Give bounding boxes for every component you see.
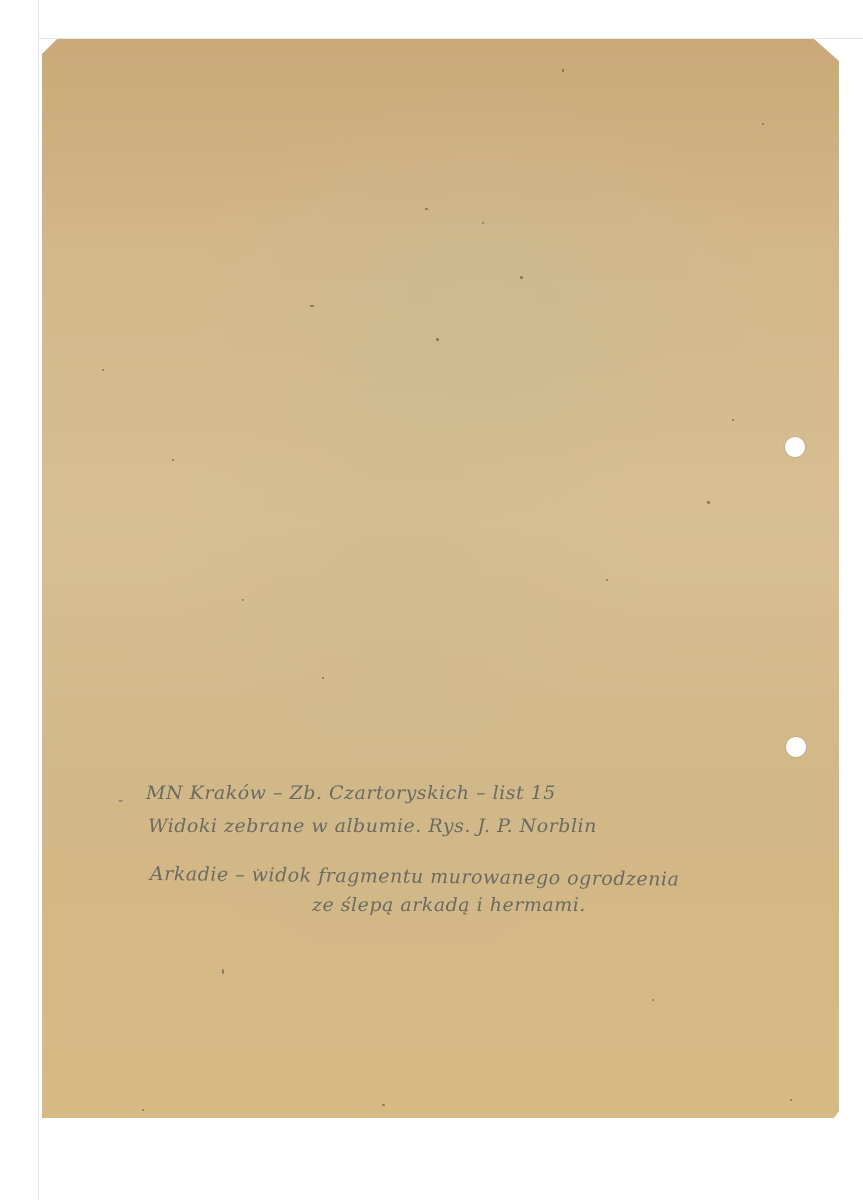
- handwritten-note: - MN Kraków – Zb. Czartoryskich – list 1…: [0, 0, 863, 1200]
- note-line-description: ze ślepą arkadą i hermami.: [312, 893, 586, 917]
- margin-mark: -: [118, 790, 124, 809]
- note-line-title: Arkadie – widok fragmentu murowanego ogr…: [150, 862, 680, 892]
- note-line-catalog-reference: MN Kraków – Zb. Czartoryskich – list 15: [146, 781, 556, 805]
- note-line-album-attribution: Widoki zebrane w albumie. Rys. J. P. Nor…: [148, 814, 597, 838]
- scanned-page: - MN Kraków – Zb. Czartoryskich – list 1…: [0, 0, 863, 1200]
